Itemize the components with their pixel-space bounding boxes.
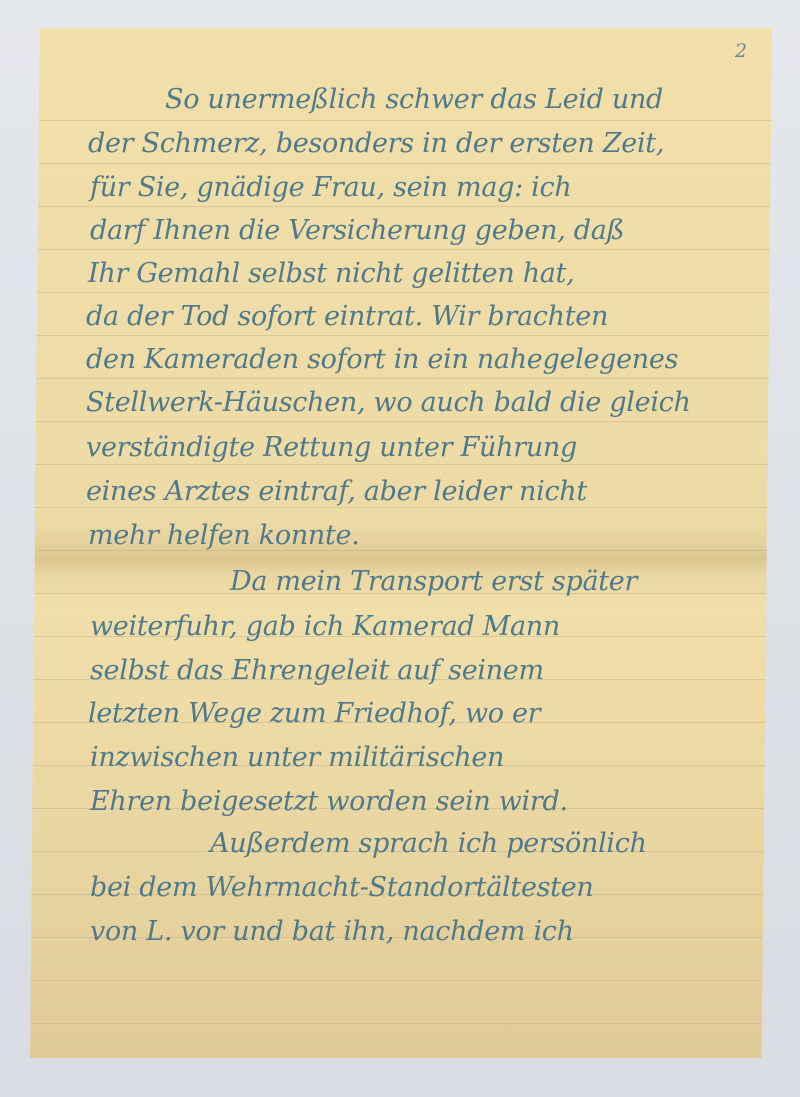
letter-line: weiterfuhr, gab ich Kamerad Mann bbox=[90, 613, 560, 640]
ruled-line bbox=[30, 464, 772, 465]
letter-line: Ihr Gemahl selbst nicht gelitten hat, bbox=[88, 260, 574, 287]
letter-line: selbst das Ehrengeleit auf seinem bbox=[90, 657, 544, 684]
ruled-line bbox=[30, 378, 772, 379]
letter-line: eines Arztes eintraf, aber leider nicht bbox=[86, 478, 587, 505]
letter-line: den Kameraden sofort in ein nahegelegene… bbox=[86, 346, 678, 373]
ruled-line bbox=[30, 163, 772, 164]
ruled-line bbox=[30, 120, 772, 121]
letter-line: So unermeßlich schwer das Leid und bbox=[165, 86, 663, 113]
letter-line: Ehren beigesetzt worden sein wird. bbox=[90, 788, 568, 815]
ruled-line bbox=[30, 335, 772, 336]
letter-line: da der Tod sofort eintrat. Wir brachten bbox=[86, 303, 608, 330]
letter-line: darf Ihnen die Versicherung geben, daß bbox=[90, 217, 624, 244]
letter-line: Stellwerk-Häuschen, wo auch bald die gle… bbox=[86, 389, 691, 416]
letter-page: 2 So unermeßlich schwer das Leid und der… bbox=[30, 28, 772, 1058]
letter-line: inzwischen unter militärischen bbox=[90, 744, 504, 771]
letter-line: mehr helfen konnte. bbox=[88, 522, 360, 549]
letter-line: von L. vor und bat ihn, nachdem ich bbox=[90, 918, 574, 945]
letter-line: bei dem Wehrmacht-Standortältesten bbox=[90, 874, 594, 901]
page-number: 2 bbox=[735, 40, 747, 62]
letter-line: Außerdem sprach ich persönlich bbox=[210, 830, 647, 857]
letter-line: verständigte Rettung unter Führung bbox=[86, 434, 577, 461]
letter-line: für Sie, gnädige Frau, sein mag: ich bbox=[90, 174, 571, 201]
ruled-line bbox=[30, 1023, 772, 1024]
letter-line: letzten Wege zum Friedhof, wo er bbox=[88, 700, 540, 727]
ruled-line bbox=[30, 507, 772, 508]
ruled-line bbox=[30, 206, 772, 207]
letter-line: Da mein Transport erst später bbox=[230, 568, 637, 595]
ruled-line bbox=[30, 249, 772, 250]
ruled-line bbox=[30, 980, 772, 981]
ruled-line bbox=[30, 292, 772, 293]
ruled-line bbox=[30, 421, 772, 422]
letter-line: der Schmerz, besonders in der ersten Zei… bbox=[88, 130, 664, 157]
